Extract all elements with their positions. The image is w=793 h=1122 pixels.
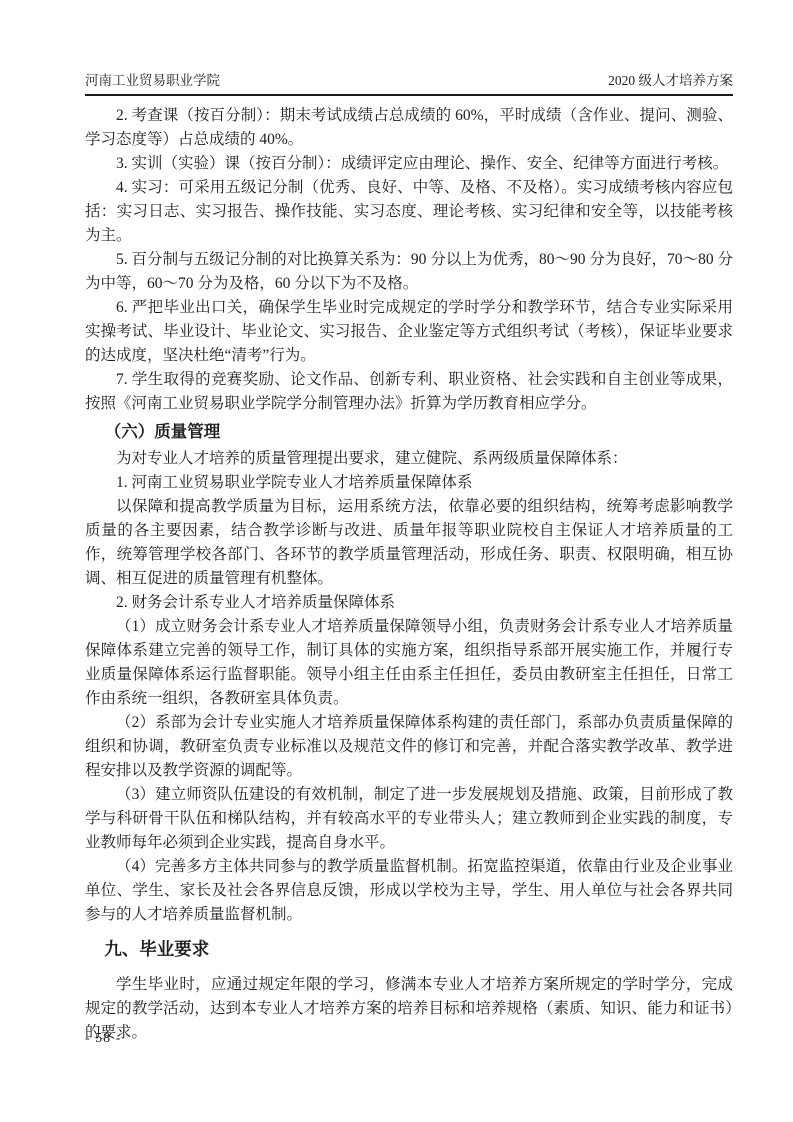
page-header: 河南工业贸易职业学院 2020 级人才培养方案 — [85, 71, 733, 96]
paragraph-faculty-mechanism: （3）建立师资队伍建设的有效机制，制定了进一步发展规划及措施、政策，目前形成了教… — [85, 783, 733, 855]
paragraph-practical-course: 3. 实训（实验）课（按百分制）：成绩评定应由理论、操作、安全、纪律等方面进行考… — [85, 152, 733, 176]
paragraph-assessment-course: 2. 考查课（按百分制）：期末考试成绩占总成绩的 60%，平时成绩（含作业、提问… — [85, 104, 733, 152]
paragraph-quality-system-intro: 为对专业人才培养的质量管理提出要求，建立健院、系两级质量保障体系： — [85, 447, 733, 471]
document-body: 2. 考查课（按百分制）：期末考试成绩占总成绩的 60%，平时成绩（含作业、提问… — [85, 104, 733, 1045]
heading-graduation-requirements: 九、毕业要求 — [85, 936, 733, 963]
paragraph-achievement-credits: 7. 学生取得的竞赛奖励、论文作品、创新专利、职业资格、社会实践和自主创业等成果… — [85, 368, 733, 416]
document-page: 河南工业贸易职业学院 2020 级人才培养方案 2. 考查课（按百分制）：期末考… — [0, 0, 793, 1122]
paragraph-grade-conversion: 5. 百分制与五级记分制的对比换算关系为：90 分以上为优秀，80～90 分为良… — [85, 248, 733, 296]
paragraph-internship-grading: 4. 实习：可采用五级记分制（优秀、良好、中等、及格、不及格）。实习成绩考核内容… — [85, 176, 733, 248]
paragraph-college-quality-system: 1. 河南工业贸易职业学院专业人才培养质量保障体系 — [85, 471, 733, 495]
page-footer: - 58 - — [85, 1031, 121, 1047]
paragraph-supervision-mechanism: （4）完善多方主体共同参与的教学质量监督机制。拓宽监控渠道，依靠由行业及企业事业… — [85, 855, 733, 927]
page-number: - 58 - — [85, 1031, 121, 1046]
heading-quality-management: （六）质量管理 — [85, 419, 733, 445]
paragraph-graduation-conditions: 学生毕业时，应通过规定年限的学习，修满本专业人才培养方案所规定的学时学分，完成规… — [85, 973, 733, 1045]
header-plan-title: 2020 级人才培养方案 — [608, 71, 733, 90]
header-school-name: 河南工业贸易职业学院 — [85, 71, 220, 90]
paragraph-department-quality-system: 2. 财务会计系专业人才培养质量保障体系 — [85, 591, 733, 615]
paragraph-leading-group: （1）成立财务会计系专业人才培养质量保障领导小组，负责财务会计系专业人才培养质量… — [85, 615, 733, 711]
paragraph-graduation-gate: 6. 严把毕业出口关，确保学生毕业时完成规定的学时学分和教学环节，结合专业实际采… — [85, 296, 733, 368]
paragraph-college-quality-detail: 以保障和提高教学质量为目标，运用系统方法，依靠必要的组织结构，统筹考虑影响教学质… — [85, 495, 733, 591]
paragraph-department-responsibility: （2）系部为会计专业实施人才培养质量保障体系构建的责任部门，系部办负责质量保障的… — [85, 711, 733, 783]
